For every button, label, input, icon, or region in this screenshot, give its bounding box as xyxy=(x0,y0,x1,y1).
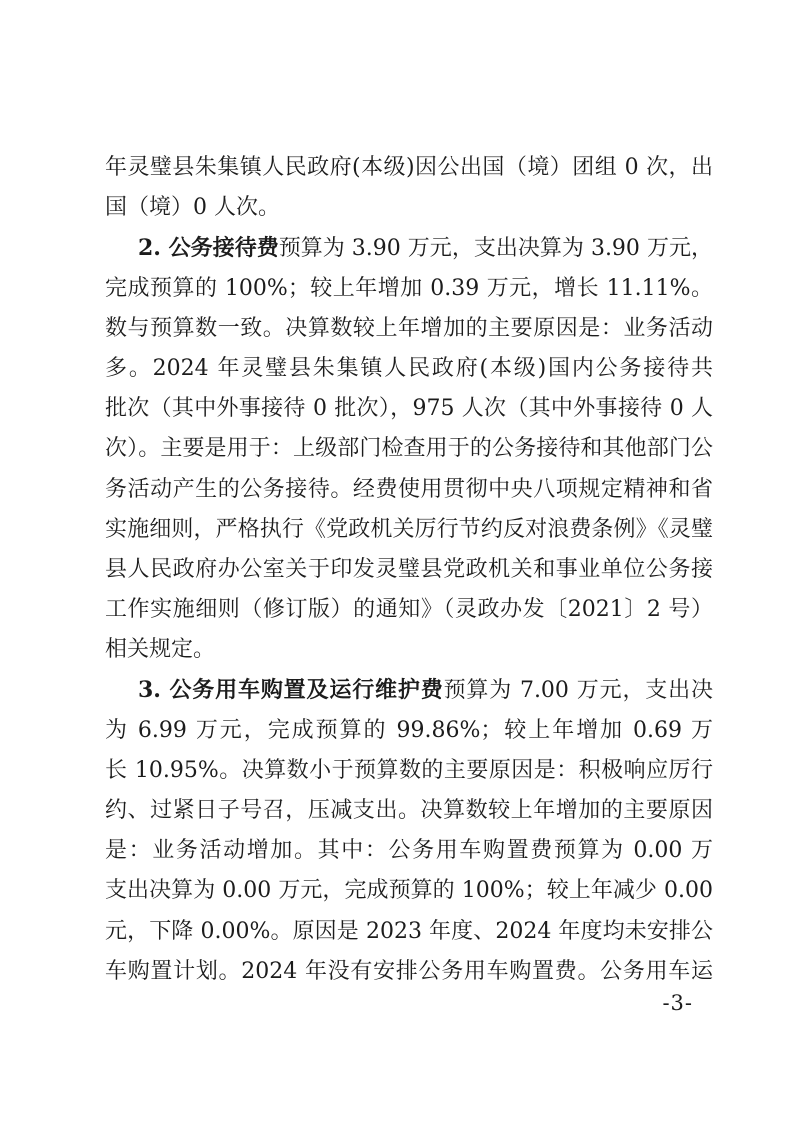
text-line: 相关规定。 xyxy=(105,630,713,670)
text-line: 国（境）0 人次。 xyxy=(105,188,713,228)
text-line: 多。2024 年灵璧县朱集镇人民政府(本级)国内公务接待共 116 xyxy=(105,349,713,389)
text-line: 元，下降 0.00%。原因是 2023 年度、2024 年度均未安排公务用 xyxy=(105,912,713,952)
line-text: 长 10.95%。决算数小于预算数的主要原因是：积极响应厉行节 xyxy=(105,758,713,791)
text-line: 3. 公务用车购置及运行维护费预算为 7.00 万元，支出决算 xyxy=(105,670,713,710)
text-line: 为 6.99 万元，完成预算的 99.86%；较上年增加 0.69 万元，增 xyxy=(105,711,713,751)
line-text: 数与预算数一致。决算数较上年增加的主要原因是：业务活动增 xyxy=(105,316,713,349)
text-line: 务活动产生的公务接待。经费使用贯彻中央八项规定精神和省市 xyxy=(105,470,713,510)
text-line: 县人民政府办公室关于印发灵璧县党政机关和事业单位公务接待 xyxy=(105,550,713,590)
line-text: 次）。主要是用于：上级部门检查用于的公务接待和其他部门公 xyxy=(105,436,713,461)
section-3-heading: 3. 公务用车购置及运行维护费 xyxy=(138,677,444,703)
line-text: 批次（其中外事接待 0 批次），975 人次（其中外事接待 0 人 xyxy=(105,396,713,421)
document-body: 年灵璧县朱集镇人民政府(本级)因公出国（境）团组 0 次，出 国（境）0 人次。… xyxy=(105,148,713,992)
line-text: 实施细则，严格执行《党政机关厉行节约反对浪费条例》《灵璧 xyxy=(105,517,713,542)
line-text: 相关规定。 xyxy=(105,637,215,662)
text-line: 2. 公务接待费预算为 3.90 万元，支出决算为 3.90 万元， xyxy=(105,228,713,268)
line-text: 约、过紧日子号召，压减支出。决算数较上年增加的主要原因 xyxy=(105,798,713,823)
text-line: 数与预算数一致。决算数较上年增加的主要原因是：业务活动增 xyxy=(105,309,713,349)
text-line: 支出决算为 0.00 万元，完成预算的 100%；较上年减少 0.00 万 xyxy=(105,871,713,911)
line-text: 务活动产生的公务接待。经费使用贯彻中央八项规定精神和省市 xyxy=(105,477,713,510)
text-line: 次）。主要是用于：上级部门检查用于的公务接待和其他部门公 xyxy=(105,429,713,469)
line-text: 元，下降 0.00%。原因是 2023 年度、2024 年度均未安排公务用 xyxy=(105,919,713,952)
text-line: 长 10.95%。决算数小于预算数的主要原因是：积极响应厉行节 xyxy=(105,751,713,791)
line-text: 车购置计划。2024 年没有安排公务用车购置费。公务用车运行 xyxy=(105,959,713,992)
line-text: 工作实施细则（修订版）的通知》（灵政办发〔2021〕2 号）等 xyxy=(105,597,713,630)
line-text: 县人民政府办公室关于印发灵璧县党政机关和事业单位公务接待 xyxy=(105,557,713,590)
text-line: 是：业务活动增加。其中：公务用车购置费预算为 0.00 万元， xyxy=(105,831,713,871)
line-text: 为 6.99 万元，完成预算的 99.86%；较上年增加 0.69 万元，增 xyxy=(105,718,713,751)
text-line: 工作实施细则（修订版）的通知》（灵政办发〔2021〕2 号）等 xyxy=(105,590,713,630)
text-line: 实施细则，严格执行《党政机关厉行节约反对浪费条例》《灵璧 xyxy=(105,510,713,550)
line-text: 多。2024 年灵璧县朱集镇人民政府(本级)国内公务接待共 116 xyxy=(105,356,713,389)
text-line: 车购置计划。2024 年没有安排公务用车购置费。公务用车运行 xyxy=(105,952,713,992)
document-page: 年灵璧县朱集镇人民政府(本级)因公出国（境）团组 0 次，出 国（境）0 人次。… xyxy=(0,0,793,1122)
text-line: 批次（其中外事接待 0 批次），975 人次（其中外事接待 0 人 xyxy=(105,389,713,429)
text-line: 年灵璧县朱集镇人民政府(本级)因公出国（境）团组 0 次，出 xyxy=(105,148,713,188)
line-text: 年灵璧县朱集镇人民政府(本级)因公出国（境）团组 0 次，出 xyxy=(105,155,713,180)
page-number: -3- xyxy=(662,992,693,1014)
section-2-heading: 2. 公务接待费 xyxy=(138,235,279,261)
text-line: 约、过紧日子号召，压减支出。决算数较上年增加的主要原因 xyxy=(105,791,713,831)
line-text: 预算为 3.90 万元，支出决算为 3.90 万元， xyxy=(279,236,713,261)
line-text: 完成预算的 100%；较上年增加 0.39 万元，增长 11.11%。决算 xyxy=(105,276,713,309)
line-text: 国（境）0 人次。 xyxy=(105,195,280,220)
line-text: 支出决算为 0.00 万元，完成预算的 100%；较上年减少 0.00 万 xyxy=(105,878,713,911)
text-line: 完成预算的 100%；较上年增加 0.39 万元，增长 11.11%。决算 xyxy=(105,269,713,309)
line-text: 是：业务活动增加。其中：公务用车购置费预算为 0.00 万元， xyxy=(105,838,713,871)
